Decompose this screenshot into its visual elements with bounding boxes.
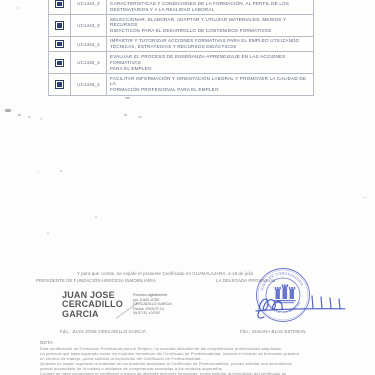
note-body: Esta certificación de Formación Profesio… — [40, 347, 340, 375]
unit-description: SELECCIONAR, ELABORAR, ADAPTAR Y UTILIZA… — [107, 15, 313, 36]
checkbox-cell — [49, 52, 71, 73]
scan-artifact — [95, 216, 97, 218]
note-label: NOTA: — [40, 340, 54, 345]
checked-checkbox-icon — [55, 0, 63, 8]
scan-artifact — [17, 7, 19, 9]
unit-description: PROGRAMAR ACCIONES FORMATIVAS PARA EL EM… — [107, 0, 313, 14]
scan-artifact — [47, 232, 49, 234]
unit-code: UC1446_3 — [71, 74, 107, 95]
unit-description: IMPARTIR Y TUTORIZAR ACCIONES FORMATIVAS… — [107, 37, 313, 52]
unit-description: EVALUAR EL PROCESO DE ENSEÑANZA-APRENDIZ… — [107, 52, 313, 73]
checked-checkbox-icon — [55, 21, 63, 29]
scan-artifact — [124, 114, 127, 116]
checkbox-cell — [49, 15, 71, 36]
unit-code: UC1444_3 — [71, 37, 107, 52]
scan-artifact — [18, 114, 21, 116]
checkbox-cell — [49, 0, 71, 14]
stamp-graphic: JUNTA DE COMUNIDADES CASTILLA - LA MANCH… — [252, 264, 352, 330]
unit-code: UC1445_3 — [71, 52, 107, 73]
unit-code: UC1442_3 — [71, 0, 107, 14]
checked-checkbox-icon — [55, 40, 63, 48]
table-row: UC1442_3 PROGRAMAR ACCIONES FORMATIVAS P… — [48, 0, 314, 15]
table-row: UC1446_3 FACILITAR INFORMACIÓN Y ORIENTA… — [48, 74, 314, 96]
scan-artifact — [60, 170, 62, 172]
scan-artifact — [5, 109, 11, 112]
checkbox-cell — [49, 74, 71, 95]
signed-by-left: Fdo.: JUAN JOSE CERCADILLO GARCIA — [60, 329, 146, 334]
stamp-crest-icon — [274, 284, 296, 303]
signer-role-left: PRESIDENTE DE FUNDACIÓN HERCESA INMOBILI… — [36, 278, 156, 283]
competence-units-table: UC1442_3 PROGRAMAR ACCIONES FORMATIVAS P… — [48, 0, 314, 96]
checked-checkbox-icon — [55, 80, 63, 88]
table-row: UC1445_3 EVALUAR EL PROCESO DE ENSEÑANZA… — [48, 52, 314, 74]
scan-artifact — [363, 197, 367, 198]
scan-artifact — [138, 116, 142, 118]
signed-by-right: Fdo.: SUSANA BLAS ESTEBAN — [240, 329, 306, 334]
checked-checkbox-icon — [55, 59, 63, 67]
official-stamp: JUNTA DE COMUNIDADES CASTILLA - LA MANCH… — [252, 264, 352, 330]
scan-artifact — [125, 97, 130, 99]
scan-artifact — [28, 116, 31, 118]
scan-artifact — [40, 118, 42, 120]
unit-code: UC1443_3 — [71, 15, 107, 36]
digital-signature-details: Firmado digitalmente por JUAN JOSE CERCA… — [133, 293, 172, 316]
scan-artifact — [37, 171, 39, 172]
digital-signature-name: JUAN JOSE CERCADILLO GARCIA — [62, 291, 123, 319]
unit-description: FACILITAR INFORMACIÓN Y ORIENTACIÓN LABO… — [107, 74, 313, 95]
table-row: UC1444_3 IMPARTIR Y TUTORIZAR ACCIONES F… — [48, 37, 314, 53]
checkbox-cell — [49, 37, 71, 52]
table-row: UC1443_3 SELECCIONAR, ELABORAR, ADAPTAR … — [48, 15, 314, 37]
